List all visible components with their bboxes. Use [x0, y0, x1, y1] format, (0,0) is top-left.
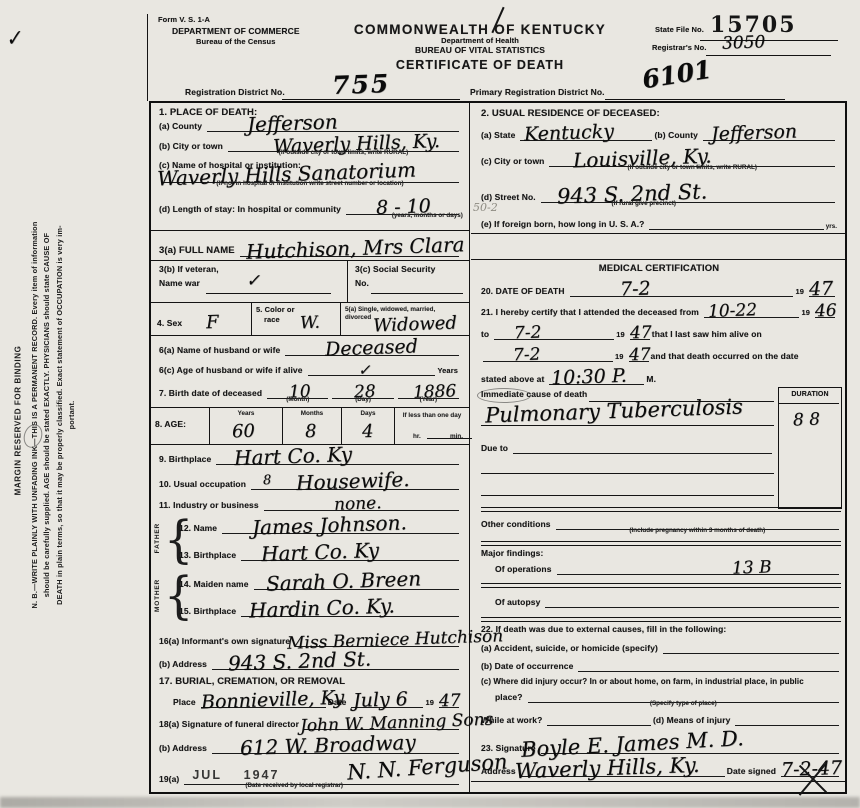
burial-place-line: Bonnieville, Ky	[201, 703, 326, 708]
mother-name-line: Sarah O. Breen	[254, 585, 459, 590]
director-address-value: 612 W. Broadway	[240, 730, 416, 760]
ssn-label: 3(c) Social Security	[355, 265, 435, 275]
external-c-label: (c) Where did injury occur? In or about …	[481, 677, 804, 686]
mother-birthplace-line: Hardin Co. Ky.	[241, 612, 459, 617]
race-value: W.	[300, 313, 321, 334]
foreign-born-unit: yrs.	[826, 223, 837, 230]
foreign-born-line	[649, 225, 823, 230]
from-year-prefix: 19	[801, 309, 810, 318]
date-signed-label: Date signed	[727, 767, 776, 777]
received-note: (Date received by local registrar)	[245, 782, 343, 789]
physician-signature-row: 23. Signature Boyle E. James M. D.	[481, 737, 841, 754]
dod-year-prefix: 19	[795, 288, 804, 297]
stated-above-label: stated above at	[481, 375, 544, 385]
father-birthplace-value: Hart Co. Ky	[261, 538, 380, 566]
stay-note: (years, months or days)	[392, 212, 463, 219]
burial-date-value: July 6	[353, 688, 409, 712]
residence-title: 2. USUAL RESIDENCE OF DECEASED:	[481, 109, 660, 120]
attended-from-value: 10-22	[708, 300, 758, 322]
certify-text: 21. I hereby certify that I attended the…	[481, 308, 699, 318]
date-of-death-label: 20. DATE OF DEATH	[481, 287, 565, 297]
burial-date-line: July 6	[351, 703, 423, 708]
occupation-label: 10. Usual occupation	[159, 480, 246, 490]
medical-double-rule-3	[481, 583, 841, 588]
age-months-cell: Months 8	[283, 408, 342, 444]
fullname-line: Hutchison, Mrs Clara	[240, 252, 459, 257]
city-line: Waverly Hills, Ky. (If outside city or t…	[228, 147, 459, 152]
at-work-row: While at work? (d) Means of injury	[481, 713, 841, 726]
residence-state-label: (a) State	[481, 131, 515, 141]
hospital-row: Waverly Hills Sanatorium (If not in hosp…	[159, 167, 461, 183]
external-b-line	[578, 667, 839, 672]
dod-year-line: 47	[809, 292, 835, 297]
last-saw-value: 7-2	[513, 345, 541, 366]
stay-line: 8 - 10 (years, months or days)	[346, 210, 459, 215]
residence-city-note: (If outside city or town limits, write R…	[628, 164, 757, 171]
county-row: (a) County Jefferson	[159, 117, 461, 132]
age-label: 8. AGE:	[155, 420, 186, 430]
from-year-value: 46	[815, 301, 837, 322]
spouse-line: Deceased	[285, 351, 459, 356]
informant-line: Miss Berniece Hutchison	[295, 642, 459, 647]
father-birthplace-line: Hart Co. Ky	[241, 556, 459, 561]
margin-line-2: should be carefully supplied. AGE should…	[42, 70, 51, 760]
certify-row-4: stated above at 10:30 P. M.	[481, 369, 711, 385]
age-min-label: min.	[450, 433, 463, 440]
registrar-no-label: Registrar's No.	[652, 44, 707, 53]
city-label: (b) City or town	[159, 142, 223, 152]
informant-address-line: 943 S. 2nd St.	[212, 665, 459, 670]
form-number: Form V. S. 1-A	[158, 16, 210, 25]
veteran-label2: Name war	[159, 279, 200, 289]
county-value: Jefferson	[247, 109, 338, 136]
birthdate-row: 7. Birth date of deceased 10 (Month) 28 …	[159, 384, 461, 399]
age-hours-cell: If less than one day hr. min.	[395, 408, 469, 444]
medical-double-rule-4	[481, 617, 841, 622]
death-occurred-text: and that death occurred on the date	[651, 352, 799, 362]
certify-row-2: to 7-2 19 47 that I last saw him alive o…	[481, 325, 837, 340]
mother-name-label: 14. Maiden name	[179, 580, 249, 590]
race-label2: race	[264, 316, 280, 325]
received-label: 19(a)	[159, 775, 179, 785]
director-address-row: (b) Address 612 W. Broadway	[159, 739, 461, 754]
residence-state-row: (a) State Kentucky (b) County Jefferson	[481, 125, 837, 141]
scan-edge-smudge	[0, 797, 860, 808]
age-days-cell: Days 4	[342, 408, 395, 444]
marital-label2: divorced	[345, 314, 371, 321]
foreign-born-row: (e) If foreign born, how long in U. S. A…	[481, 217, 837, 230]
due-to-line-3	[481, 495, 774, 496]
cause-label: Immediate cause of death	[481, 390, 587, 400]
operations-line: 13 B	[557, 570, 839, 575]
mother-side-label: MOTHER	[154, 579, 161, 612]
meridiem-label: M.	[646, 375, 656, 385]
spouse-age-label: 6(c) Age of husband or wife if alive	[159, 366, 303, 376]
autopsy-line	[545, 603, 839, 608]
informant-address-row: (b) Address 943 S. 2nd St.	[159, 655, 461, 670]
autopsy-row: Of autopsy	[495, 595, 841, 608]
age-months-label: Months	[301, 410, 323, 417]
burial-year-prefix: 19	[425, 699, 434, 708]
saw-year-line: 47	[629, 357, 649, 362]
city-row: (b) City or town Waverly Hills, Ky. (If …	[159, 137, 461, 152]
reg-district-label: Registration District No.	[185, 88, 285, 98]
margin-instructions: N. B.—WRITE PLAINLY WITH UNFADING INK—TH…	[30, 70, 76, 760]
birth-year-note: (Year)	[420, 396, 438, 403]
mother-birthplace-row: 15. Birthplace Hardin Co. Ky.	[179, 602, 461, 617]
reg-district-value: 755	[332, 69, 391, 100]
age-hr-label: hr.	[413, 433, 421, 440]
hospital-line: Waverly Hills Sanatorium (If not in hosp…	[161, 178, 459, 183]
primary-district-line	[605, 99, 785, 100]
saw-year-prefix: 19	[615, 353, 624, 362]
from-year-line: 46	[815, 313, 835, 318]
sex-cell: 4. Sex F	[151, 303, 252, 335]
state-file-line	[700, 40, 838, 41]
pencil-notation: 50-2	[473, 201, 498, 214]
saw-year-value: 47	[628, 345, 650, 366]
stay-row: (d) Length of stay: In hospital or commu…	[159, 199, 461, 215]
external-c-place-label: place?	[495, 693, 523, 703]
burial-year-value: 47	[439, 691, 461, 712]
external-a-line	[663, 649, 839, 654]
last-saw-text: that I last saw him alive on	[652, 330, 762, 340]
residence-street-line: 943 S. 2nd St. (If rural give precinct)	[541, 198, 835, 203]
burial-title: 17. BURIAL, CREMATION, OR REMOVAL	[159, 677, 345, 688]
to-year-line: 47	[630, 335, 650, 340]
duration-label: DURATION	[791, 391, 828, 399]
registrar-no-line	[706, 55, 831, 56]
informant-label: 16(a) Informant's own signature	[159, 637, 290, 647]
father-name-line: James Johnson.	[222, 529, 459, 534]
residence-city-line: Louisville, Ky. (If outside city or town…	[549, 162, 835, 167]
external-a-label: (a) Accident, suicide, or homicide (spec…	[481, 644, 658, 654]
medical-title: MEDICAL CERTIFICATION	[481, 264, 837, 275]
birth-day-note: (Day)	[355, 396, 371, 403]
father-birthplace-row: 13. Birthplace Hart Co. Ky	[179, 546, 461, 561]
fullname-bottom-rule	[151, 260, 469, 261]
age-months-value: 8	[305, 421, 317, 442]
spouse-value: Deceased	[325, 335, 419, 360]
birthplace-line: Hart Co. Ky	[216, 460, 459, 465]
sex-race-marital-row: 4. Sex F 5. Color or race W. 5(a) Single…	[151, 302, 469, 336]
other-conditions-row: Other conditions (Include pregnancy with…	[481, 517, 841, 530]
to-year-value: 47	[629, 323, 651, 344]
burial-row: Place Bonnieville, Ky Date July 6 19 47	[173, 691, 461, 708]
cause-line-2	[481, 425, 774, 426]
industry-row: 11. Industry or business none.	[159, 498, 461, 511]
age-years-label: Years	[238, 410, 255, 417]
received-date-stamp: JUL 1947	[192, 768, 279, 782]
veteran-line	[206, 293, 331, 294]
date-of-death-value: 7-2	[619, 277, 650, 300]
autopsy-label: Of autopsy	[495, 598, 540, 608]
spouse-age-years-label: Years	[437, 367, 458, 376]
director-label: 18(a) Signature of funeral director	[159, 720, 299, 730]
mother-birthplace-value: Hardin Co. Ky.	[249, 593, 395, 622]
marital-value: Widowed	[373, 313, 458, 337]
residence-city-row: (c) City or town Louisville, Ky. (If out…	[481, 151, 837, 167]
birth-month-line: 10 (Month)	[267, 394, 328, 399]
certify-row-3: 7-2 19 47 and that death occurred on the…	[481, 347, 837, 362]
marital-label: 5(a) Single, widowed, married,	[345, 306, 435, 313]
burial-place-label: Place	[173, 698, 196, 708]
dept-of-commerce: DEPARTMENT OF COMMERCE	[172, 27, 300, 37]
father-name-value: James Johnson.	[252, 510, 407, 539]
residence-state-value: Kentucky	[524, 120, 615, 145]
informant-address-label: (b) Address	[159, 660, 207, 670]
external-a-row: (a) Accident, suicide, or homicide (spec…	[481, 641, 841, 654]
physician-address-line: Waverly Hills, Ky.	[521, 772, 725, 777]
external-c-line: (Specify type of place)	[528, 698, 839, 703]
time-value: 10:30 P.	[551, 365, 628, 390]
birth-day-line: 28 (Day)	[332, 394, 393, 399]
means-of-injury-label: (d) Means of injury	[653, 716, 730, 726]
at-work-label: While at work?	[481, 716, 542, 726]
state-file-label: State File No.	[655, 26, 704, 35]
right-column-bottom-rule	[471, 781, 845, 782]
veteran-label: 3(b) If veteran,	[159, 265, 219, 275]
spouse-row: 6(a) Name of husband or wife Deceased	[159, 341, 461, 356]
birth-year-line: 1886 (Year)	[398, 394, 459, 399]
operations-row: Of operations 13 B	[495, 561, 841, 575]
external-c-place-row: place? (Specify type of place)	[495, 691, 841, 703]
hospital-note: (If not in hospital or institution write…	[216, 180, 403, 187]
spouse-label: 6(a) Name of husband or wife	[159, 346, 280, 356]
birthplace-value: Hart Co. Ky	[234, 442, 353, 470]
registrar-no-value: 3050	[722, 32, 766, 53]
received-row: 19(a) JUL 1947 (Date received by local r…	[159, 763, 461, 785]
residence-street-row: (d) Street No. 943 S. 2nd St. (If rural …	[481, 185, 837, 203]
ssn-line	[371, 293, 463, 294]
stay-label: (d) Length of stay: In hospital or commu…	[159, 205, 341, 215]
age-days-label: Days	[360, 410, 375, 417]
attended-to-line: 7-2	[494, 335, 614, 340]
form-body: 1. PLACE OF DEATH: (a) County Jefferson …	[149, 101, 847, 794]
external-b-label: (b) Date of occurrence	[481, 662, 573, 672]
margin-line-4: portant.	[67, 70, 76, 760]
operations-label: Of operations	[495, 565, 552, 575]
race-cell: 5. Color or race W.	[252, 303, 341, 335]
physician-address-row: Address Waverly Hills, Ky. Date signed 7…	[481, 761, 841, 777]
director-address-line: 612 W. Broadway	[212, 749, 459, 754]
director-row: 18(a) Signature of funeral director John…	[159, 715, 461, 730]
residence-county-value: Jefferson	[711, 121, 798, 146]
due-to-label: Due to	[481, 444, 508, 454]
birthdate-label: 7. Birth date of deceased	[159, 389, 262, 399]
date-of-death-row: 20. DATE OF DEATH 7-2 19 47	[481, 281, 837, 297]
age-row: 8. AGE: Years 60 Months 8 Days 4 If less…	[151, 407, 469, 445]
duration-header-rule	[779, 403, 839, 404]
residence-street-note: (If rural give precinct)	[612, 200, 676, 207]
at-work-line	[547, 721, 651, 726]
external-c-note: (Specify type of place)	[650, 700, 717, 707]
margin-line-3: DEATH in plain terms, so that it may be …	[55, 70, 64, 760]
external-title: 22. If death was due to external causes,…	[481, 625, 726, 635]
director-line: John W. Manning Sons	[304, 725, 459, 730]
column-divider	[469, 103, 470, 792]
occupation-line: Housewife. 8	[251, 485, 459, 490]
foreign-born-label: (e) If foreign born, how long in U. S. A…	[481, 220, 644, 230]
fullname-label: 3(a) FULL NAME	[159, 246, 235, 257]
medical-top-rule	[471, 259, 845, 260]
marital-cell: 5(a) Single, widowed, married, divorced …	[341, 303, 469, 335]
certify-row-1: 21. I hereby certify that I attended the…	[481, 303, 837, 318]
primary-district-label: Primary Registration District No.	[470, 88, 605, 98]
due-to-line	[513, 449, 772, 454]
veteran-ssn-divider	[347, 260, 348, 302]
margin-binding-note: MARGIN RESERVED FOR BINDING	[14, 326, 23, 516]
ssn-label2: No.	[355, 279, 369, 289]
external-b-row: (b) Date of occurrence	[481, 659, 841, 672]
section2-bottom-rule	[471, 233, 845, 234]
header-left-rule	[147, 14, 148, 101]
medical-double-rule-1	[481, 507, 841, 512]
date-of-death-line: 7-2	[570, 292, 794, 297]
duration-box: DURATION 8 8	[778, 387, 842, 509]
bureau-vital-statistics: BUREAU OF VITAL STATISTICS	[300, 46, 660, 56]
means-of-injury-line	[735, 721, 839, 726]
father-name-label: 12. Name	[179, 524, 217, 534]
time-line: 10:30 P.	[549, 380, 644, 385]
age-years-cell: Years 60	[210, 408, 283, 444]
occupation-row: 10. Usual occupation Housewife. 8	[159, 474, 461, 490]
age-years-value: 60	[232, 421, 256, 443]
operations-value: 13 B	[731, 557, 771, 578]
reg-district-line	[282, 99, 460, 100]
duration-value: 8 8	[793, 410, 821, 431]
fullname-row: 3(a) FULL NAME Hutchison, Mrs Clara	[159, 235, 461, 257]
attended-from-line: 10-22	[704, 313, 799, 318]
sex-label: 4. Sex	[157, 319, 182, 329]
spouse-age-line: ✓	[308, 371, 436, 376]
mother-birthplace-label: 15. Birthplace	[179, 607, 236, 617]
mother-name-value: Sarah O. Breen	[265, 566, 421, 595]
county-label: (a) County	[159, 122, 202, 132]
director-address-label: (b) Address	[159, 744, 207, 754]
burial-year-line: 47	[439, 703, 459, 708]
burial-place-value: Bonnieville, Ky	[200, 687, 344, 714]
father-name-row: 12. Name James Johnson.	[179, 519, 461, 534]
section1-bottom-rule	[151, 230, 469, 231]
birthplace-label: 9. Birthplace	[159, 455, 211, 465]
birthplace-row: 9. Birthplace Hart Co. Ky	[159, 450, 461, 465]
last-saw-line: 7-2	[483, 357, 613, 362]
due-to-row: Due to	[481, 441, 774, 454]
margin-line-1: N. B.—WRITE PLAINLY WITH UNFADING INK—TH…	[30, 70, 39, 760]
age-label-cell: 8. AGE:	[151, 408, 210, 444]
to-label: to	[481, 330, 489, 340]
other-conditions-note: (Include pregnancy within 3 months of de…	[629, 527, 765, 534]
father-birthplace-label: 13. Birthplace	[179, 551, 236, 561]
race-label: 5. Color or	[256, 306, 295, 315]
mother-name-row: 14. Maiden name Sarah O. Breen	[179, 575, 461, 590]
death-certificate-scan: N. B.—WRITE PLAINLY WITH UNFADING INK—TH…	[0, 0, 860, 808]
residence-state-line: Kentucky	[520, 136, 652, 141]
industry-line: none.	[264, 506, 459, 511]
spouse-age-row: 6(c) Age of husband or wife if alive ✓ Y…	[159, 363, 461, 376]
pen-checkmark: ✓	[3, 25, 24, 52]
residence-county-line: Jefferson	[703, 136, 835, 141]
other-conditions-label: Other conditions	[481, 520, 551, 530]
informant-address-value: 943 S. 2nd St.	[228, 647, 372, 676]
to-year-prefix: 19	[616, 331, 625, 340]
medical-double-rule-2	[481, 541, 841, 546]
dod-year-value: 47	[809, 278, 834, 301]
physician-address-value: Waverly Hills, Ky.	[514, 753, 699, 783]
attended-to-value: 7-2	[514, 323, 542, 344]
bureau-of-census: Bureau of the Census	[196, 38, 276, 47]
birth-month-note: (Month)	[286, 396, 309, 403]
other-conditions-line: (Include pregnancy within 3 months of de…	[556, 525, 839, 530]
due-to-line-2	[481, 473, 774, 474]
spouse-age-check: ✓	[357, 361, 370, 379]
age-less-than-day-note: If less than one day	[403, 412, 461, 419]
age-days-value: 4	[362, 421, 374, 442]
informant-row: 16(a) Informant's own signature Miss Ber…	[159, 631, 461, 647]
residence-county-label: (b) County	[654, 131, 698, 141]
father-side-label: FATHER	[154, 523, 161, 553]
veteran-check: ✓	[246, 271, 261, 291]
physician-address-label: Address	[481, 767, 516, 777]
residence-city-label: (c) City or town	[481, 157, 544, 167]
received-line: JUL 1947 (Date received by local registr…	[184, 780, 459, 785]
sex-value: F	[206, 312, 219, 333]
major-findings-label: Major findings:	[481, 549, 543, 559]
city-note: (If outside city or town limits, write R…	[279, 149, 408, 156]
